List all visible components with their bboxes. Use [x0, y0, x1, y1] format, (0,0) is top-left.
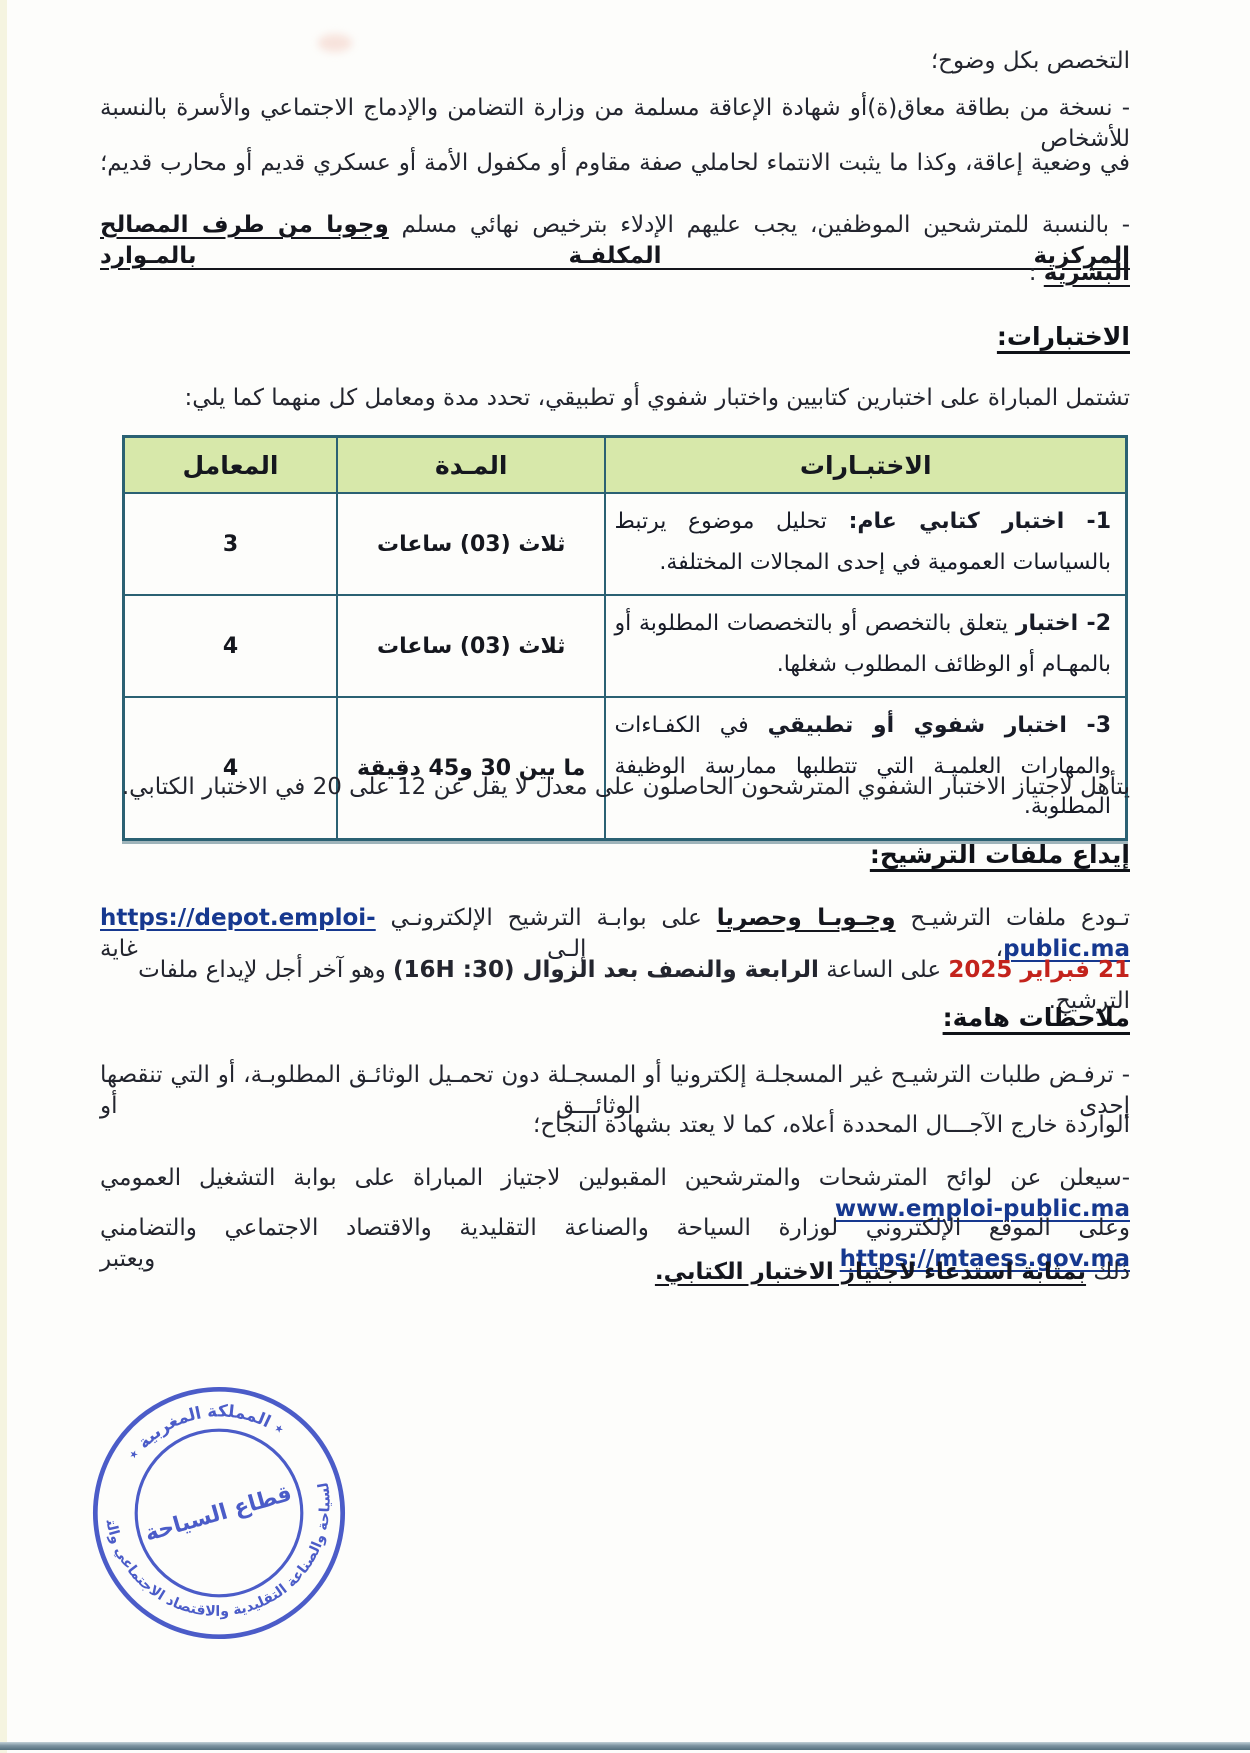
oral-exam-qualification-note: يتأهل لاجتياز الاختبار الشفوي المترشحون … [100, 772, 1130, 803]
exam-1-coefficient: 3 [124, 493, 337, 595]
exam-3-coefficient: 4 [124, 697, 337, 840]
hr-word-bold: البشرية [1044, 260, 1130, 286]
stamp-center-text: قطاع السياحة [142, 1481, 294, 1547]
disability-docs-line-1: - نسخة من بطاقة معاق(ة)أو شهادة الإعاقة … [100, 93, 1130, 155]
submission-text-1: تـودع ملفات الترشيـح [896, 905, 1130, 931]
scanned-document-page: التخصص بكل وضوح؛ - نسخة من بطاقة معاق(ة)… [0, 0, 1250, 1753]
deadline-date: 21 فبراير 2025 [948, 957, 1130, 983]
employees-requirement-text: - بالنسبة للمترشحين الموظفين، يجب عليهم … [389, 212, 1130, 238]
ministry-site-text: وعلى الموقع الإلكتروني لوزارة السياحة وا… [100, 1215, 1130, 1241]
exam-1-description: 1- اختبار كتابي عام: تحليل موضوع يرتبط ب… [605, 493, 1126, 595]
exams-column-header: الاختبـارات [605, 437, 1126, 494]
exam-2-title: 2- اختبار [1016, 611, 1111, 636]
exam-3-duration: ما بين 30 و45 دقيقة [337, 697, 606, 840]
submission-text-2: على بوابـة الترشيح الإلكترونـي [376, 905, 717, 931]
submission-heading: إيداع ملفات الترشيح: [100, 840, 1130, 869]
table-row: 1- اختبار كتابي عام: تحليل موضوع يرتبط ب… [124, 493, 1127, 595]
deadline-time: الرابعة والنصف بعد الزوال (16H :30) [393, 957, 819, 983]
important-notes-heading: ملاحظات هامة: [100, 1003, 1130, 1032]
exam-2-duration: ثلاث (03) ساعات [337, 595, 606, 697]
coefficient-column-header: المعامل [124, 437, 337, 494]
summons-prefix: ذلك [1086, 1259, 1130, 1285]
exam-1-title: 1- اختبار كتابي عام: [849, 509, 1111, 534]
submission-text-4: على الساعة [819, 957, 948, 983]
official-ministry-stamp: ٭ المملكة المغربية ٭ وزارة السياحة والصن… [67, 1361, 371, 1665]
exam-1-duration: ثلاث (03) ساعات [337, 493, 606, 595]
intro-continuation-line: التخصص بكل وضوح؛ [100, 46, 1130, 77]
exam-3-description: 3- اختبار شفوي أو تطبيقي في الكفـاءات وا… [605, 697, 1126, 840]
table-row: 3- اختبار شفوي أو تطبيقي في الكفـاءات وا… [124, 697, 1127, 840]
scan-left-edge [0, 0, 7, 1753]
exam-2-description: 2- اختبار يتعلق بالتخصص أو بالتخصصات الم… [605, 595, 1126, 697]
mandatory-exclusive-bold: وجـوبـا وحصريا [717, 905, 896, 931]
scan-bottom-edge [0, 1742, 1250, 1750]
exams-intro-line: تشتمل المباراة على اختبارين كتابيين واخت… [100, 383, 1130, 414]
employees-requirement-tail: البشرية : [100, 258, 1130, 289]
rejection-note-line-2: الواردة خارج الآجـــال المحددة أعلاه، كم… [100, 1110, 1130, 1141]
exam-2-coefficient: 4 [124, 595, 337, 697]
table-row: 2- اختبار يتعلق بالتخصص أو بالتخصصات الم… [124, 595, 1127, 697]
exams-heading: الاختبارات: [100, 322, 1130, 351]
exams-table-header-row: الاختبـارات المـدة المعامل [124, 437, 1127, 494]
disability-docs-line-2: في وضعية إعاقة، وكذا ما يثبت الانتماء لح… [100, 148, 1130, 179]
hr-colon: : [1029, 260, 1044, 286]
summons-bold: بمثابة استدعاء لاجتياز الاختبار الكتابي. [655, 1259, 1086, 1285]
summons-note-line: ذلك بمثابة استدعاء لاجتياز الاختبار الكت… [100, 1257, 1130, 1288]
exam-3-title: 3- اختبار شفوي أو تطبيقي [768, 713, 1111, 738]
results-announcement-text: -سيعلن عن لوائح المترشحات والمترشحين الم… [100, 1165, 1130, 1191]
duration-column-header: المـدة [337, 437, 606, 494]
